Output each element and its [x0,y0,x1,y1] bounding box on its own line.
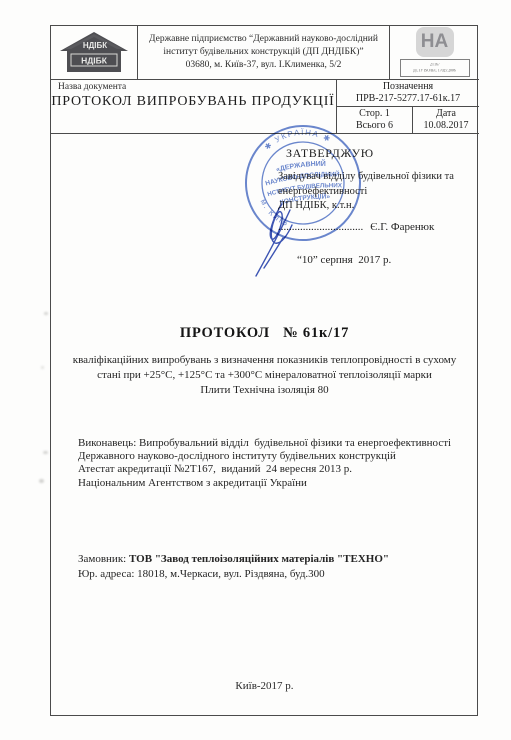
cert-standard: ДСТУ ISO/IEC 17025:2006 [413,69,456,73]
date-value: 10.08.2017 [424,120,469,132]
accreditation-cert-box: 2Т167 ДСТУ ISO/IEC 17025:2006 [400,59,470,77]
customer-line: Замовник: ТОВ "Завод теплоізоляційних ма… [78,552,389,567]
scan-smudge [44,312,48,315]
designation-cell: Позначення ПРВ-217-5277.17-61к.17 [337,80,479,107]
date-label: Дата [436,108,456,120]
document-page: НДІБК НДІБК Державне підприємство “Держа… [0,0,511,740]
approver-line: енергоефективності [278,185,488,200]
protocol-title: ПРОТОКОЛ № 61к/17 [50,325,479,342]
approver-line: ДП НДІБК, к.т.н. [278,199,488,214]
customer-block: Замовник: ТОВ "Завод теплоізоляційних ма… [78,552,389,581]
customer-name: ТОВ "Завод теплоізоляційних матеріалів "… [129,553,389,565]
ndibk-house-logo-icon: НДІБК НДІБК [59,30,129,74]
customer-label: Замовник: [78,553,129,565]
scan-smudge [43,451,48,454]
doc-name-label: Назва документа [58,82,126,92]
approver-line: Завідувач відділу будівельної фізики та [278,170,488,185]
page-current: Стор. 1 [359,108,390,120]
institute-line: інститут будівельних конструкцій (ДП ДНД… [163,46,363,59]
institute-logo-cell: НДІБК НДІБК [50,25,138,80]
customer-address: Юр. адреса: 18018, м.Черкаси, вул. Різдв… [78,567,389,582]
signature-dots: ............................... [278,221,363,233]
page-number-cell: Стор. 1 Всього 6 [337,107,413,134]
accreditation-cell: НА 2Т167 ДСТУ ISO/IEC 17025:2006 [390,25,479,80]
subtitle-line: кваліфікаційних випробувань з визначення… [50,353,479,368]
institute-info: Державне підприємство “Державний науково… [138,25,390,80]
designation-label: Позначення [383,81,433,94]
doc-name: ПРОТОКОЛ ВИПРОБУВАНЬ ПРОДУКЦІЇ [50,94,336,110]
approve-title: ЗАТВЕРДЖУЮ [286,146,374,161]
approval-date: “10” серпня 2017 р. [297,254,391,266]
cert-number: 2Т167 [430,63,440,67]
executor-line: Виконавець: Випробувальний відділ будіве… [78,437,451,450]
subtitle-line: стані при +25°С, +125°С та +300°С мінера… [50,368,479,383]
protocol-subtitle: кваліфікаційних випробувань з визначення… [50,353,479,398]
executor-line: Державного науково-дослідного інституту … [78,450,451,463]
scan-smudge [39,479,44,483]
logo-text-top: НДІБК [82,41,106,50]
institute-line: Державне підприємство “Державний науково… [149,33,378,46]
executor-block: Виконавець: Випробувальний відділ будіве… [78,437,451,490]
executor-line: Атестат акредитації №2Т167, виданий 24 в… [78,463,451,476]
accreditation-logo-icon: НА [416,27,454,57]
executor-line: Національним Агентством з акредитації Ук… [78,477,451,490]
institute-line: 03680, м. Київ-37, вул. І.Клименка, 5/2 [186,59,342,72]
document-name-cell: Назва документа ПРОТОКОЛ ВИПРОБУВАНЬ ПРО… [50,80,337,134]
subtitle-line: Плити Технічна ізоляція 80 [50,383,479,398]
date-cell: Дата 10.08.2017 [413,107,479,134]
logo-text-bottom: НДІБК [81,56,108,66]
signature-line: ...............................Є.Г. Фаре… [278,221,434,233]
approver-name: Є.Г. Фаренюк [370,221,434,233]
designation-value: ПРВ-217-5277.17-61к.17 [356,93,460,106]
page-total: Всього 6 [356,120,393,132]
approver-position: Завідувач відділу будівельної фізики та … [278,170,488,214]
scan-smudge [41,366,44,369]
city-year-footer: Київ-2017 р. [50,680,479,692]
